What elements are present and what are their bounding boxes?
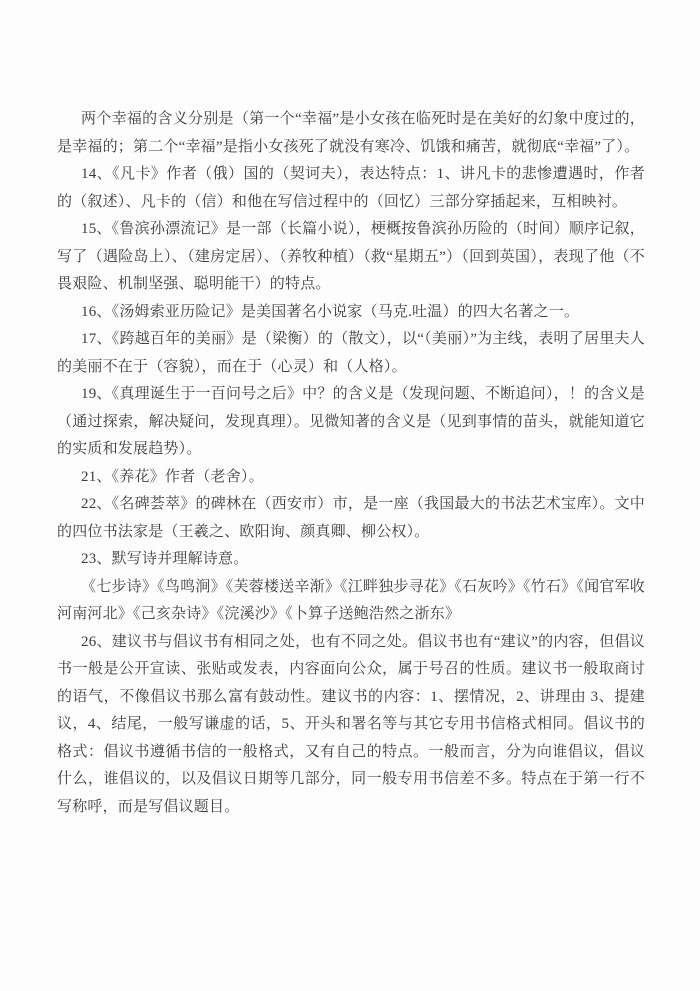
paragraph-item-21-yanghua: 21、《养花》作者（老舍）。 [57,464,645,492]
paragraph-poem-title-list: 《七步诗》《鸟鸣涧》《芙蓉楼送辛渐》《江畔独步寻花》《石灰吟》《竹石》《闻官军收… [57,574,645,629]
paragraph-item-26-proposal: 26、建议书与倡议书有相同之处，也有不同之处。倡议书也有“建议”的内容，但倡议书… [57,629,645,822]
paragraph-item-17-beauty: 17、《跨越百年的美丽》是（梁衡）的（散文），以“（美丽）”为主线，表明了居里夫… [57,326,645,381]
paragraph-item-19-truth: 19、《真理诞生于一百问号之后》中？的含义是（发现问题、不断追问），！的含义是（… [57,381,645,464]
paragraph-item-23-poems-prompt: 23、默写诗并理解诗意。 [57,546,645,574]
document-page: 两个幸福的含义分别是（第一个“幸福”是小女孩在临死时是在美好的幻象中度过的，是幸… [0,0,700,991]
paragraph-item-15-robinson: 15、《鲁滨孙漂流记》是一部（长篇小说），梗概按鲁滨孙历险的（时间）顺序记叙，写… [57,216,645,299]
paragraph-item-22-steles: 22、《名碑荟萃》的碑林在（西安市）市，是一座（我国最大的书法艺术宝库）。文中的… [57,491,645,546]
page-text-block: 两个幸福的含义分别是（第一个“幸福”是小女孩在临死时是在美好的幻象中度过的，是幸… [57,106,645,821]
paragraph-two-happiness-meaning: 两个幸福的含义分别是（第一个“幸福”是小女孩在临死时是在美好的幻象中度过的，是幸… [57,106,645,161]
paragraph-item-14-fanka: 14、《凡卡》作者（俄）国的（契诃夫），表达特点：1、讲凡卡的悲惨遭遇时，作者的… [57,161,645,216]
paragraph-item-16-tom-sawyer: 16、《汤姆索亚历险记》是美国著名小说家（马克.吐温）的四大名著之一。 [57,299,645,327]
